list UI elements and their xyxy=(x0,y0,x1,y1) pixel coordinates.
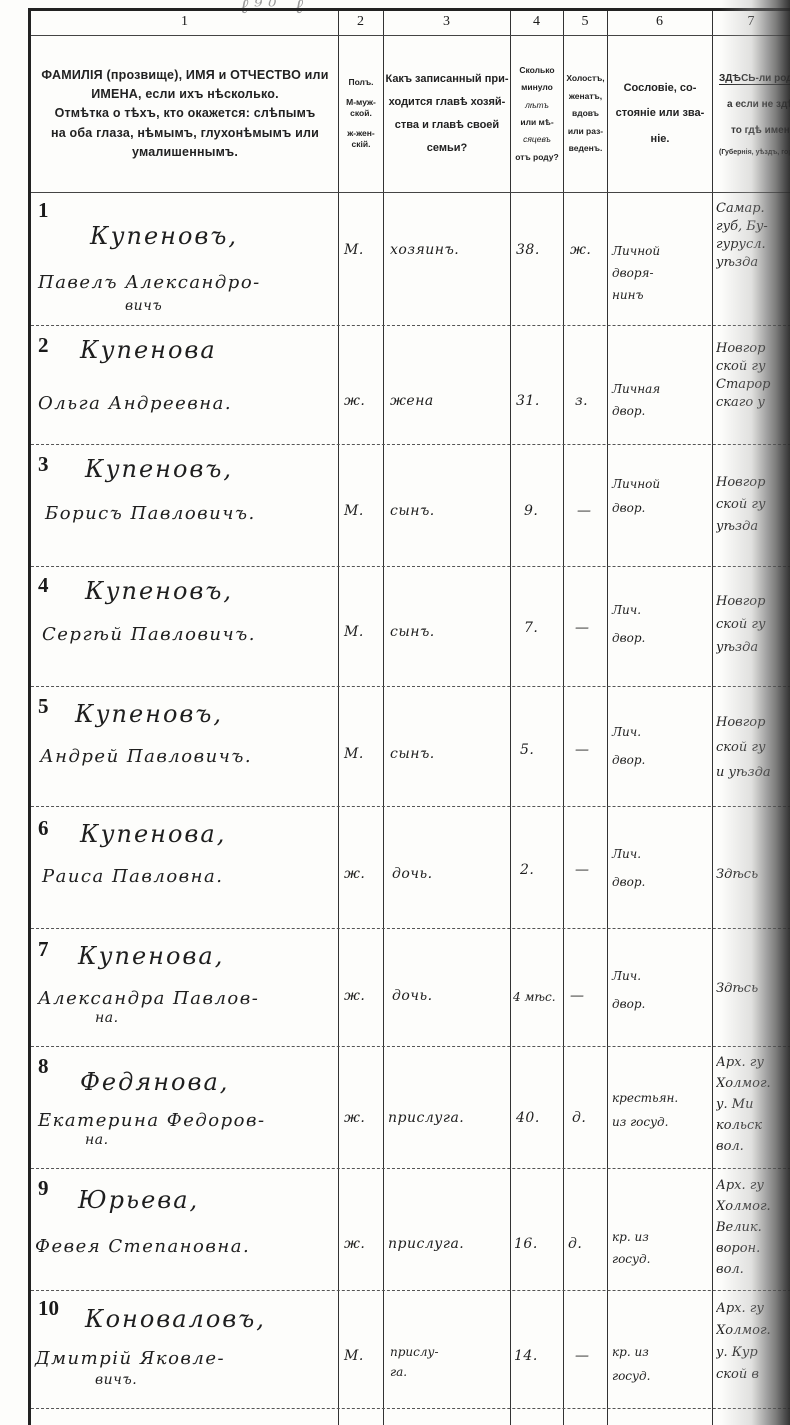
estate: Лич. двор. xyxy=(612,840,645,896)
header-line: минуло xyxy=(515,79,558,96)
age: 40. xyxy=(516,1110,540,1126)
surname: Купенова, xyxy=(78,942,224,970)
row-divider xyxy=(31,928,790,929)
birthplace: Новгор ской гу уѣзда xyxy=(716,472,788,538)
header-line: ства и главѣ своей xyxy=(385,114,508,137)
census-page: ℓ⁹⁰ ℓ 1 2 3 4 5 6 7 ФАМИЛІЯ (прозвище), … xyxy=(0,0,790,1425)
age: 9. xyxy=(524,503,538,519)
header-line: ходится главѣ хозяй- xyxy=(385,91,508,114)
given-name: Сергѣй Павловичъ. xyxy=(42,624,256,645)
given-name: Ольга Андреевна. xyxy=(38,393,232,414)
given-name-continued: на. xyxy=(85,1132,109,1148)
estate: Личной дворя- нинъ xyxy=(612,240,660,306)
marital-status: — xyxy=(570,988,585,1004)
given-name: Павелъ Александро- xyxy=(38,272,261,293)
header-number-divider xyxy=(31,35,790,36)
relation: жена xyxy=(390,393,434,409)
age: 14. xyxy=(514,1348,538,1364)
header-line: ж-жен- xyxy=(346,128,376,139)
header-line: веденъ. xyxy=(566,140,604,157)
row-number: 6 xyxy=(38,816,49,841)
header-line: Полъ. xyxy=(346,77,376,88)
age: 16. xyxy=(514,1236,538,1252)
header-line: ніе. xyxy=(616,127,705,152)
sex: М. xyxy=(344,1348,364,1364)
age: 7. xyxy=(524,620,538,636)
row-divider xyxy=(31,444,790,445)
marital-status: з. xyxy=(575,393,588,409)
estate: Лич. двор. xyxy=(612,596,645,652)
sex: ж. xyxy=(344,393,365,409)
column-header-age: Сколько минуло лѣтъ или мѣ- сяцевъ отъ р… xyxy=(511,40,563,188)
header-line: умалишеннымъ. xyxy=(41,143,328,162)
given-name-continued: вичъ. xyxy=(95,1372,137,1388)
surname: Купеновъ, xyxy=(85,577,233,605)
sex: ж. xyxy=(344,1110,365,1126)
estate: Лич. двор. xyxy=(612,962,645,1018)
sex: М. xyxy=(344,746,364,762)
estate: кр. из госуд. xyxy=(612,1226,650,1270)
marital-status: — xyxy=(575,862,590,878)
sex: М. xyxy=(344,242,364,258)
row-divider xyxy=(31,1046,790,1047)
relation: сынъ. xyxy=(390,624,435,640)
relation: прислуга. xyxy=(388,1110,464,1126)
row-number: 4 xyxy=(38,573,49,598)
header-line: Сколько xyxy=(515,62,558,79)
row-divider xyxy=(31,1408,790,1409)
row-divider xyxy=(31,325,790,326)
column-header-name: ФАМИЛІЯ (прозвище), ИМЯ и ОТЧЕСТВО или И… xyxy=(34,40,336,188)
header-line: Сословіе, со- xyxy=(616,76,705,101)
sex: М. xyxy=(344,624,364,640)
surname: Юрьева, xyxy=(78,1186,199,1214)
birthplace: Арх. гу Холмог. у. Кур ской в xyxy=(716,1298,788,1386)
surname: Купенова, xyxy=(80,820,226,848)
column-divider xyxy=(607,11,608,1425)
estate: Лич. двор. xyxy=(612,718,645,774)
sex: ж. xyxy=(344,988,365,1004)
column-number-1: 1 xyxy=(31,14,338,34)
row-number: 2 xyxy=(38,333,49,358)
column-divider xyxy=(383,11,384,1425)
sex: ж. xyxy=(344,866,365,882)
given-name: Андрей Павловичъ. xyxy=(40,746,252,767)
estate: Личной двор. xyxy=(612,472,660,520)
header-line: женатъ, xyxy=(566,88,604,105)
relation: дочь. xyxy=(392,988,433,1004)
column-number-5: 5 xyxy=(563,14,607,34)
marital-status: — xyxy=(575,1348,590,1364)
birthplace: Здѣсь xyxy=(716,980,788,998)
header-line: семьи? xyxy=(385,137,508,160)
marital-status: ж. xyxy=(570,242,591,258)
given-name: Борисъ Павловичъ. xyxy=(45,503,256,524)
given-name: Екатерина Федоров- xyxy=(38,1110,266,1131)
header-line: ской. xyxy=(346,108,376,119)
given-name: Дмитрій Яковле- xyxy=(35,1348,225,1369)
age: 4 мѣс. xyxy=(513,990,556,1004)
column-header-marital: Холостъ, женатъ, вдовъ или раз- веденъ. xyxy=(564,40,607,188)
header-line: скій. xyxy=(346,139,376,150)
marital-status: д. xyxy=(572,1110,586,1126)
estate: кр. из госуд. xyxy=(612,1340,650,1388)
marital-status: — xyxy=(575,620,590,636)
given-name: Февея Степановна. xyxy=(35,1236,250,1257)
column-number-6: 6 xyxy=(607,14,712,34)
row-number: 7 xyxy=(38,937,49,962)
birthplace: Новгор ской гу Старор скаго у xyxy=(716,340,788,412)
given-name-continued: вичъ xyxy=(125,298,162,314)
marital-status: — xyxy=(577,503,592,519)
relation: сынъ. xyxy=(390,746,435,762)
column-number-3: 3 xyxy=(383,14,510,34)
header-line: вдовъ xyxy=(566,105,604,122)
age: 5. xyxy=(520,742,534,758)
column-header-estate: Сословіе, со- стояніе или зва- ніе. xyxy=(608,40,712,188)
row-divider xyxy=(31,566,790,567)
header-line: то гдѣ имен xyxy=(719,118,790,144)
column-header-sex: Полъ. М-муж- ской. ж-жен- скій. xyxy=(339,40,383,188)
age: 2. xyxy=(520,862,534,878)
birthplace: Новгор ской гу и уѣзда xyxy=(716,710,788,785)
relation: прислу- га. xyxy=(390,1342,439,1382)
header-line: или мѣ- xyxy=(515,114,558,131)
row-number: 5 xyxy=(38,694,49,719)
row-number: 9 xyxy=(38,1176,49,1201)
column-number-7: 7 xyxy=(712,14,790,34)
header-line: лѣтъ xyxy=(515,97,558,114)
column-divider xyxy=(563,11,564,1425)
given-name-continued: на. xyxy=(95,1010,119,1026)
header-line: ИМЕНА, если ихъ нѣсколько. xyxy=(41,85,328,104)
row-number: 3 xyxy=(38,452,49,477)
row-number: 10 xyxy=(38,1296,59,1321)
header-line: сяцевъ xyxy=(515,131,558,148)
column-header-relation: Какъ записанный при- ходится главѣ хозяй… xyxy=(384,40,510,188)
age: 38. xyxy=(516,242,540,258)
birthplace: Здѣсь xyxy=(716,866,788,884)
given-name: Раиса Павловна. xyxy=(42,866,223,887)
header-line: ЗДѢСЬ-ли родил xyxy=(719,66,790,92)
row-number: 8 xyxy=(38,1054,49,1079)
column-divider xyxy=(712,11,713,1425)
column-divider xyxy=(338,11,339,1425)
estate: Личная двор. xyxy=(612,378,660,422)
header-line: отъ роду? xyxy=(515,149,558,166)
relation: дочь. xyxy=(392,866,433,882)
sex: М. xyxy=(344,503,364,519)
surname: Купеновъ, xyxy=(75,700,223,728)
column-divider xyxy=(510,11,511,1425)
surname: Коноваловъ, xyxy=(85,1305,266,1333)
header-line-underlined: ЗДѢСЬ-ли родил xyxy=(719,73,790,85)
birthplace: Новгор ской гу уѣзда xyxy=(716,590,788,659)
estate: крестьян. из госуд. xyxy=(612,1086,678,1134)
age: 31. xyxy=(516,393,540,409)
row-divider xyxy=(31,806,790,807)
header-bottom-divider xyxy=(31,192,790,193)
header-line: Отмѣтка о тѣхъ, кто окажется: слѣпымъ xyxy=(41,104,328,123)
header-line: на оба глаза, нѣмымъ, глухонѣмымъ или xyxy=(41,124,328,143)
header-line: или раз- xyxy=(566,123,604,140)
header-line: Какъ записанный при- xyxy=(385,68,508,91)
given-name: Александра Павлов- xyxy=(38,988,259,1009)
row-divider xyxy=(31,1168,790,1169)
surname: Купеновъ, xyxy=(90,222,238,250)
surname: Федянова, xyxy=(80,1068,229,1096)
relation: сынъ. xyxy=(390,503,435,519)
header-line: ФАМИЛІЯ (прозвище), ИМЯ и ОТЧЕСТВО или xyxy=(41,66,328,85)
header-line: а если не здѣ xyxy=(719,92,790,118)
header-line: Холостъ, xyxy=(566,70,604,87)
birthplace: Самар. губ, Бу- гурусл. уѣзда xyxy=(716,200,788,272)
row-divider xyxy=(31,686,790,687)
birthplace: Арх. гу Холмог. Велик. ворон. вол. xyxy=(716,1175,788,1280)
row-divider xyxy=(31,1290,790,1291)
column-number-4: 4 xyxy=(510,14,563,34)
header-line: стояніе или зва- xyxy=(616,101,705,126)
header-line: (Губернія, уѣздъ, гор xyxy=(719,144,790,162)
marital-status: д. xyxy=(568,1236,582,1252)
surname: Купенова xyxy=(80,336,217,364)
column-header-birthplace: ЗДѢСЬ-ли родил а если не здѣ то гдѣ имен… xyxy=(713,40,790,188)
marital-status: — xyxy=(575,742,590,758)
column-number-2: 2 xyxy=(338,14,383,34)
row-number: 1 xyxy=(38,198,49,223)
header-line: М-муж- xyxy=(346,97,376,108)
birthplace: Арх. гу Холмог. у. Ми кольск вол. xyxy=(716,1052,788,1157)
relation: хозяинъ. xyxy=(390,242,459,258)
relation: прислуга. xyxy=(388,1236,464,1252)
surname: Купеновъ, xyxy=(85,455,233,483)
sex: ж. xyxy=(344,1236,365,1252)
